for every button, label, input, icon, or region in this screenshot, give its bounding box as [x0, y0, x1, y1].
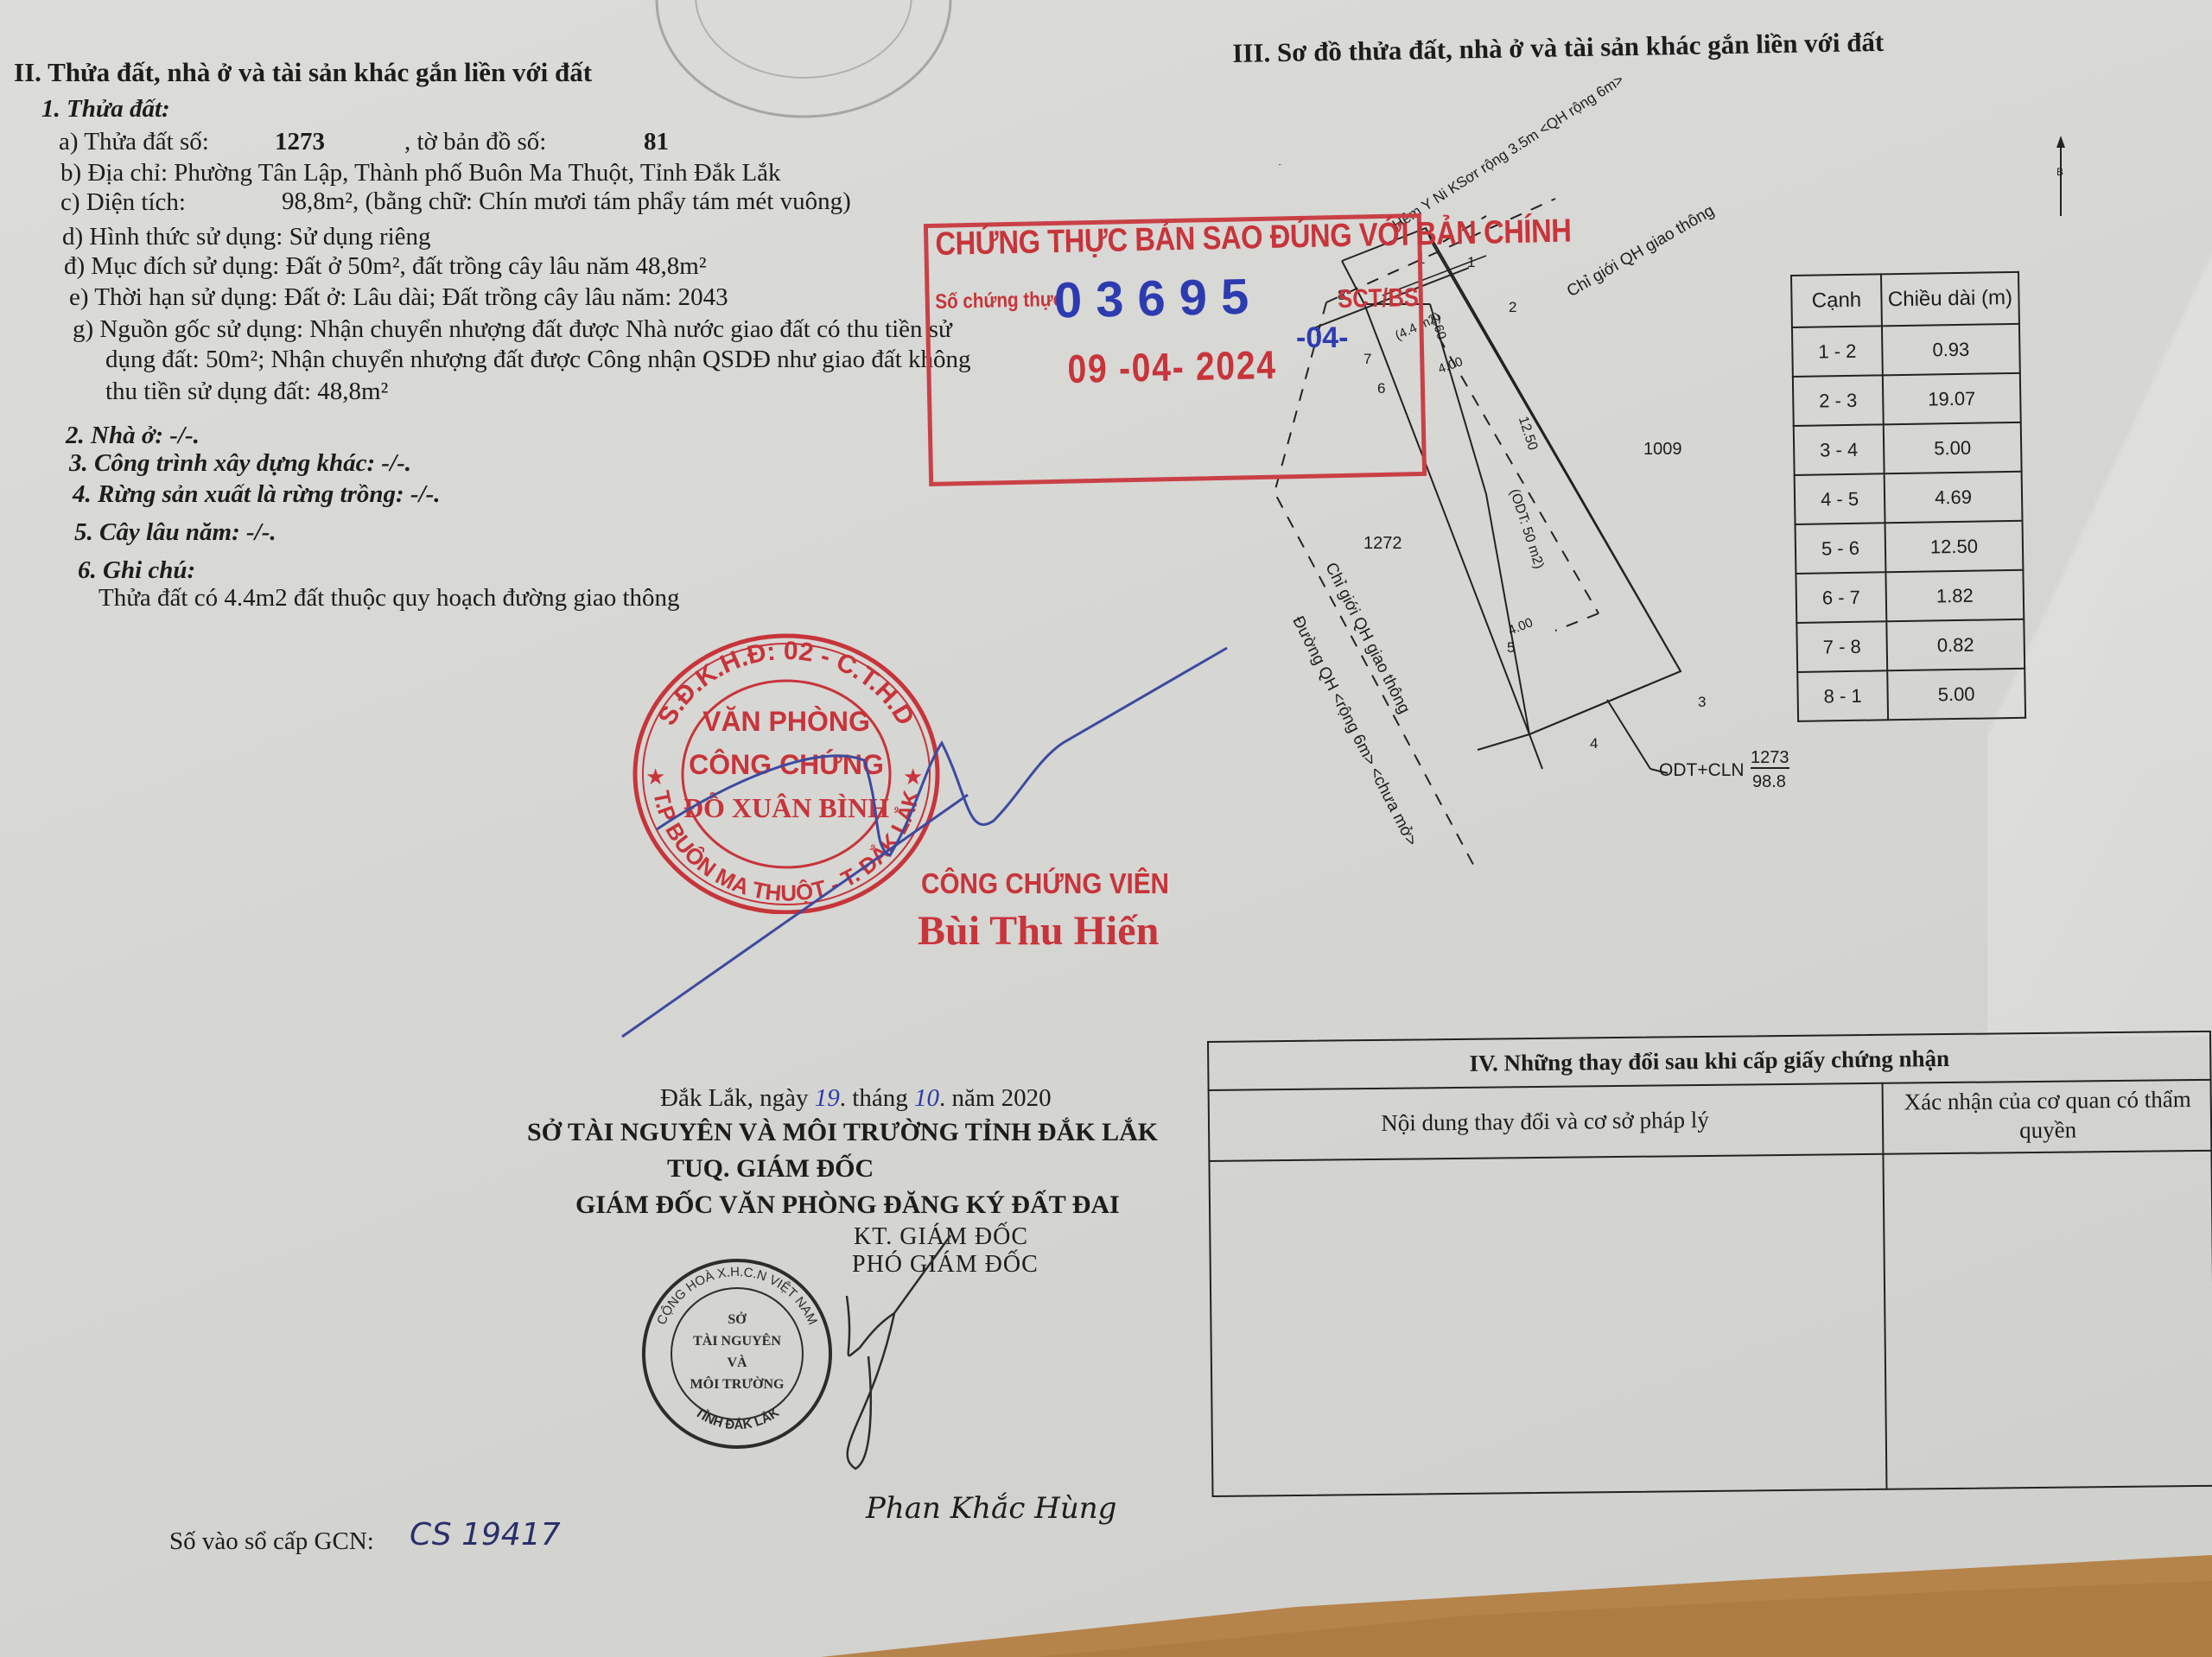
point-5: 5	[1507, 639, 1515, 657]
table-row: 2 - 319.07	[1793, 373, 2021, 426]
certification-book-suffix: SCT/BS	[1338, 283, 1419, 314]
origin-line1: g) Nguồn gốc sử dụng: Nhận chuyển nhượng…	[73, 315, 952, 344]
point-2: 2	[1509, 299, 1516, 316]
edge-col-header: Cạnh	[1791, 274, 1882, 327]
table-row: 7 - 80.82	[1796, 619, 2024, 672]
notary-name: Bùi Thu Hiến	[918, 907, 1159, 955]
registry-number: CS 19417	[410, 1517, 561, 1552]
parcel-heading: 1. Thửa đất:	[41, 95, 170, 124]
usage-purpose: đ) Mục đích sử dụng: Đất ở 50m², đất trồ…	[64, 252, 707, 281]
length-col-header: Chiều dài (m)	[1881, 272, 2019, 326]
area-label: c) Diện tích:	[60, 188, 186, 217]
origin-line3: thu tiền sử dụng đất: 48,8m²	[105, 378, 388, 406]
table-row: 3 - 45.00	[1794, 422, 2022, 475]
item-perennial: 5. Cây lâu năm: -/-.	[74, 518, 276, 547]
svg-text:B: B	[2056, 166, 2063, 178]
edge-length-table: Cạnh Chiều dài (m) 1 - 20.93 2 - 319.07 …	[1790, 271, 2026, 722]
usage-term: e) Thời hạn sử dụng: Đất ở: Lâu dài; Đất…	[69, 283, 728, 312]
certification-number-label: Số chứng thực	[935, 288, 1064, 314]
item-other-construction: 3. Công trình xây dựng khác: -/-.	[69, 449, 411, 478]
office-title: GIÁM ĐỐC VĂN PHÒNG ĐĂNG KÝ ĐẤT ĐAI	[575, 1190, 1120, 1220]
map-no: 81	[644, 128, 669, 156]
faint-seal-top	[639, 0, 968, 130]
changes-table: IV. Những thay đổi sau khi cấp giấy chứn…	[1207, 1031, 2212, 1497]
sign-place-date: Đắk Lắk, ngày 19. tháng 10. năm 2020	[660, 1084, 1052, 1113]
changes-confirmation-header: Xác nhận của cơ quan có thẩm quyền	[1884, 1084, 2212, 1146]
north-arrow-icon: B	[2048, 134, 2074, 220]
section2-heading: II. Thửa đất, nhà ở và tài sản khác gắn …	[14, 57, 592, 88]
area-value: 98,8m², (bằng chữ: Chín mươi tám phẩy tá…	[282, 187, 851, 216]
note-text: Thửa đất có 4.4m2 đất thuộc quy hoạch đư…	[99, 584, 680, 613]
point-4: 4	[1590, 735, 1598, 752]
parcel-use-code: ODT+CLN	[1659, 760, 1745, 781]
point-1: 1	[1467, 254, 1475, 271]
table-row: 5 - 612.50	[1796, 521, 2024, 574]
notary-role: CÔNG CHỨNG VIÊN	[921, 867, 1169, 900]
item-notes: 6. Ghi chú:	[78, 556, 195, 585]
certification-number: 03695	[1053, 267, 1263, 329]
item-forest: 4. Rừng sản xuất là rừng trồng: -/-.	[73, 480, 441, 509]
certification-date: 09 -04- 2024	[1067, 341, 1277, 392]
parcel-number-fraction: 1273	[1751, 748, 1789, 769]
table-row: 1 - 20.93	[1792, 324, 2020, 377]
changes-content-header: Nội dung thay đổi và cơ sở pháp lý	[1208, 1082, 1883, 1160]
parcel-area-fraction: 98.8	[1752, 772, 1786, 792]
signer-name: Phan Khắc Hùng	[866, 1491, 1116, 1526]
parcel-no: 1273	[275, 128, 325, 156]
certification-book-number: -04-	[1296, 321, 1348, 355]
notary-signature	[605, 639, 1262, 1054]
origin-line2: dụng đất: 50m²; Nhận chuyển nhượng đất đ…	[105, 346, 971, 374]
sign-month: 10	[914, 1084, 939, 1112]
tuq-title: TUQ. GIÁM ĐỐC	[667, 1154, 874, 1184]
table-row: 4 - 54.69	[1795, 472, 2023, 524]
neighbor-parcel-right: 1009	[1643, 440, 1682, 460]
map-no-label: , tờ bản đồ số:	[404, 128, 546, 156]
parcel-no-label: a) Thửa đất số:	[59, 128, 209, 156]
point-3: 3	[1698, 694, 1706, 711]
director-signature	[743, 1227, 968, 1486]
address-line: b) Địa chỉ: Phường Tân Lập, Thành phố Bu…	[60, 159, 781, 187]
table-row: 6 - 71.82	[1796, 570, 2024, 623]
usage-form: d) Hình thức sử dụng: Sử dụng riêng	[62, 223, 431, 251]
registry-label: Số vào sổ cấp GCN:	[169, 1527, 374, 1556]
issuing-org: SỞ TÀI NGUYÊN VÀ MÔI TRƯỜNG TỈNH ĐẮK LẮK	[527, 1118, 1158, 1147]
neighbor-parcel-left: 1272	[1363, 534, 1402, 554]
item-house: 2. Nhà ở: -/-.	[66, 422, 200, 450]
sign-day: 19	[815, 1084, 840, 1112]
table-row: 8 - 15.00	[1797, 669, 2025, 721]
